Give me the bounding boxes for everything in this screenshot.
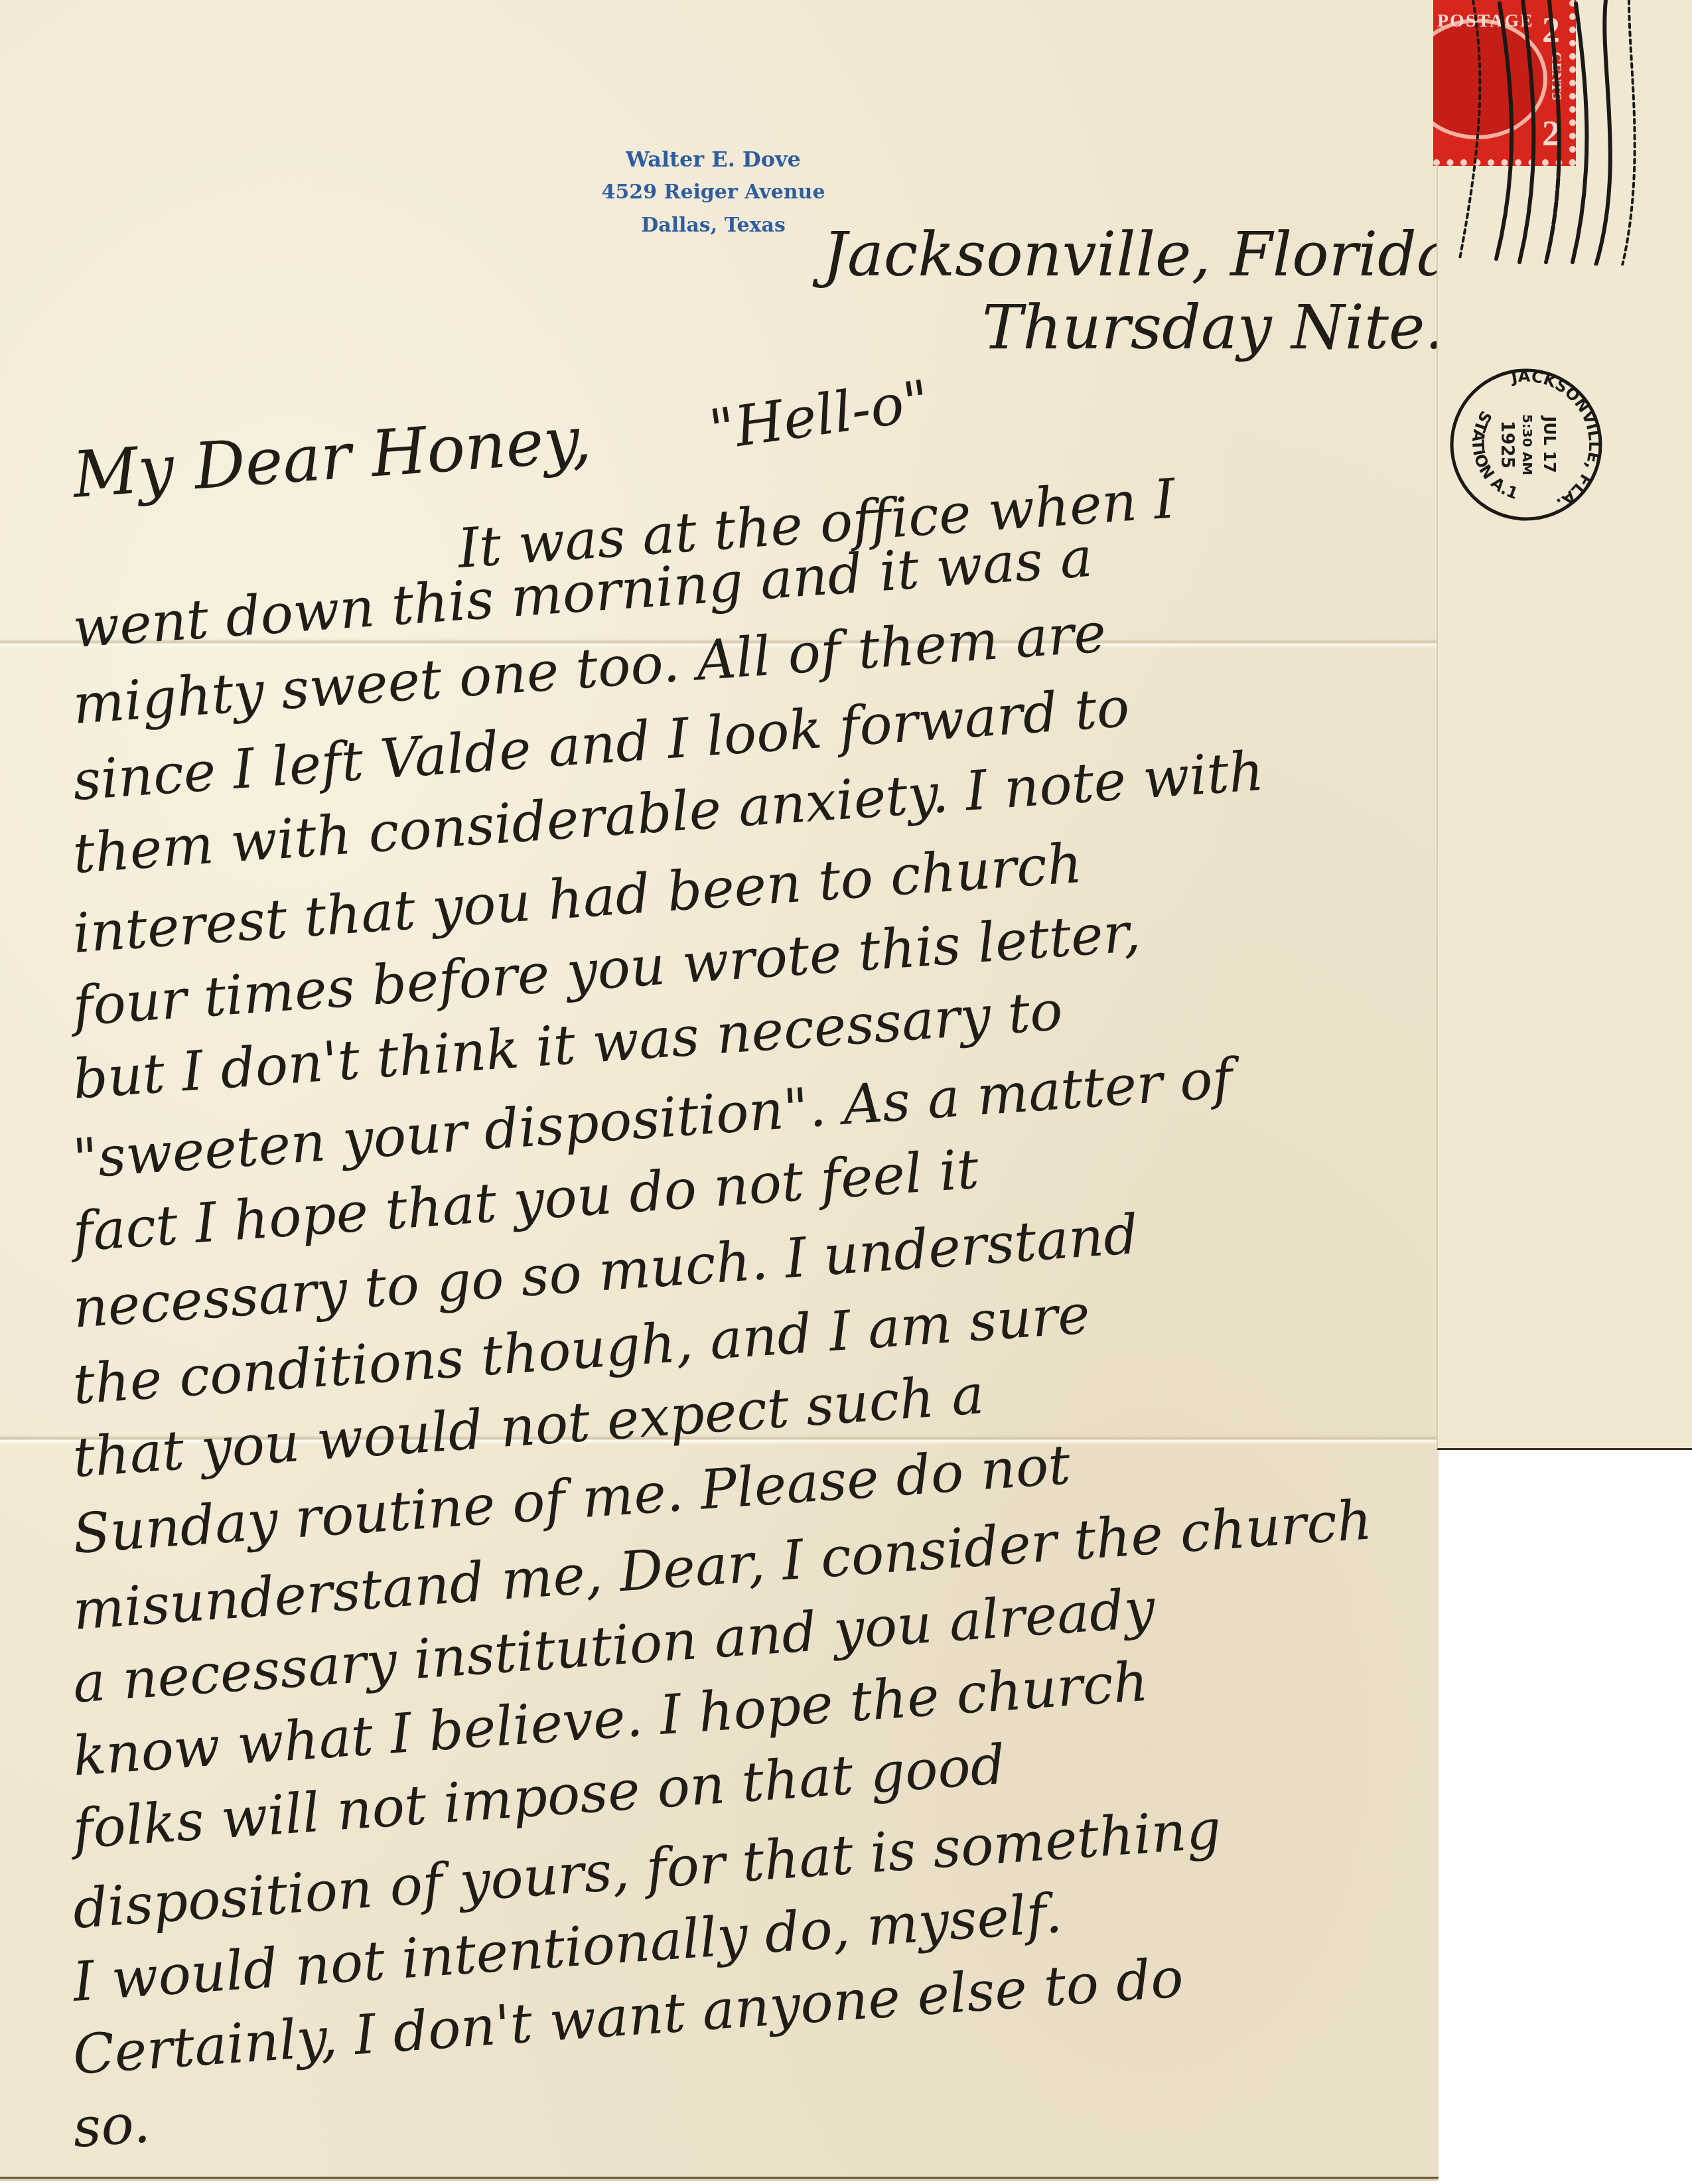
letter-day: Thursday Nite.	[982, 292, 1445, 363]
letter-sheet: Walter E. Dove 4529 Reiger Avenue Dallas…	[0, 0, 1439, 2177]
postmark-date: JUL 17	[1540, 415, 1559, 473]
letterhead-name: Walter E. Dove	[571, 143, 856, 176]
greeting-aside: "Hell-o"	[705, 368, 933, 463]
cancellation-lines-icon	[1446, 0, 1646, 265]
postmark-time: 5:30 AM	[1519, 414, 1535, 475]
postmark-icon: JUL 17 5:30 AM 1925 JACKSONVILLE, FLA. S…	[1443, 362, 1609, 528]
letterhead: Walter E. Dove 4529 Reiger Avenue Dallas…	[571, 143, 856, 242]
letterhead-street: 4529 Reiger Avenue	[571, 176, 856, 209]
postmark-year: 1925	[1497, 421, 1517, 469]
letter-line: so.	[71, 2092, 152, 2160]
letterhead-city: Dallas, Texas	[571, 209, 856, 242]
salutation: My Dear Honey,	[70, 402, 594, 512]
letter-place: Jacksonville, Florida,	[823, 219, 1472, 290]
